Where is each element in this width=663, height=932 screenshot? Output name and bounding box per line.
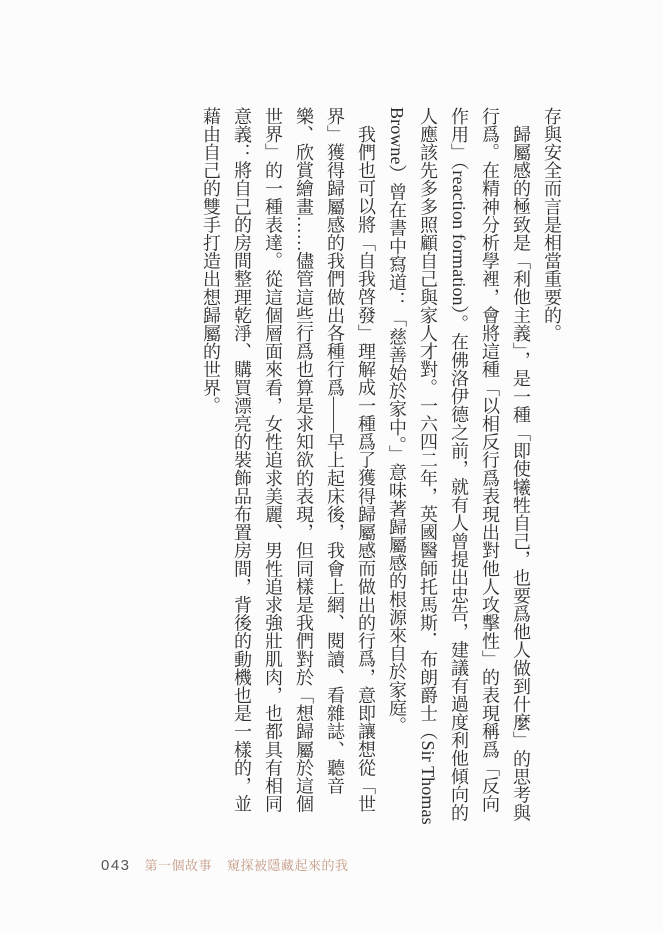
paragraph-self-development: 我們也可以將「自我啓發」理解成一種爲了獲得歸屬感而做出的行爲，意即讓想從「世界」… <box>195 107 381 829</box>
chapter-label: 第一個故事 <box>145 858 213 873</box>
book-page: 存與安全而言是相當重要的。 歸屬感的極致是「利他主義」，是一種「即使犧牲自己，也… <box>0 0 663 932</box>
paragraph-belonging-altruism: 歸屬感的極致是「利他主義」，是一種「即使犧牲自己，也要爲他人做到什麼」的思考與行… <box>381 107 536 829</box>
paragraph-continuation: 存與安全而言是相當重要的。 <box>536 107 567 829</box>
page-number: 043 <box>101 857 131 874</box>
running-head: 第一個故事窺探被隱藏起來的我 <box>145 855 349 874</box>
page-footer: 043 第一個故事窺探被隱藏起來的我 <box>101 855 349 874</box>
section-title: 窺探被隱藏起來的我 <box>227 858 349 873</box>
body-text: 存與安全而言是相當重要的。 歸屬感的極致是「利他主義」，是一種「即使犧牲自己，也… <box>195 107 567 829</box>
